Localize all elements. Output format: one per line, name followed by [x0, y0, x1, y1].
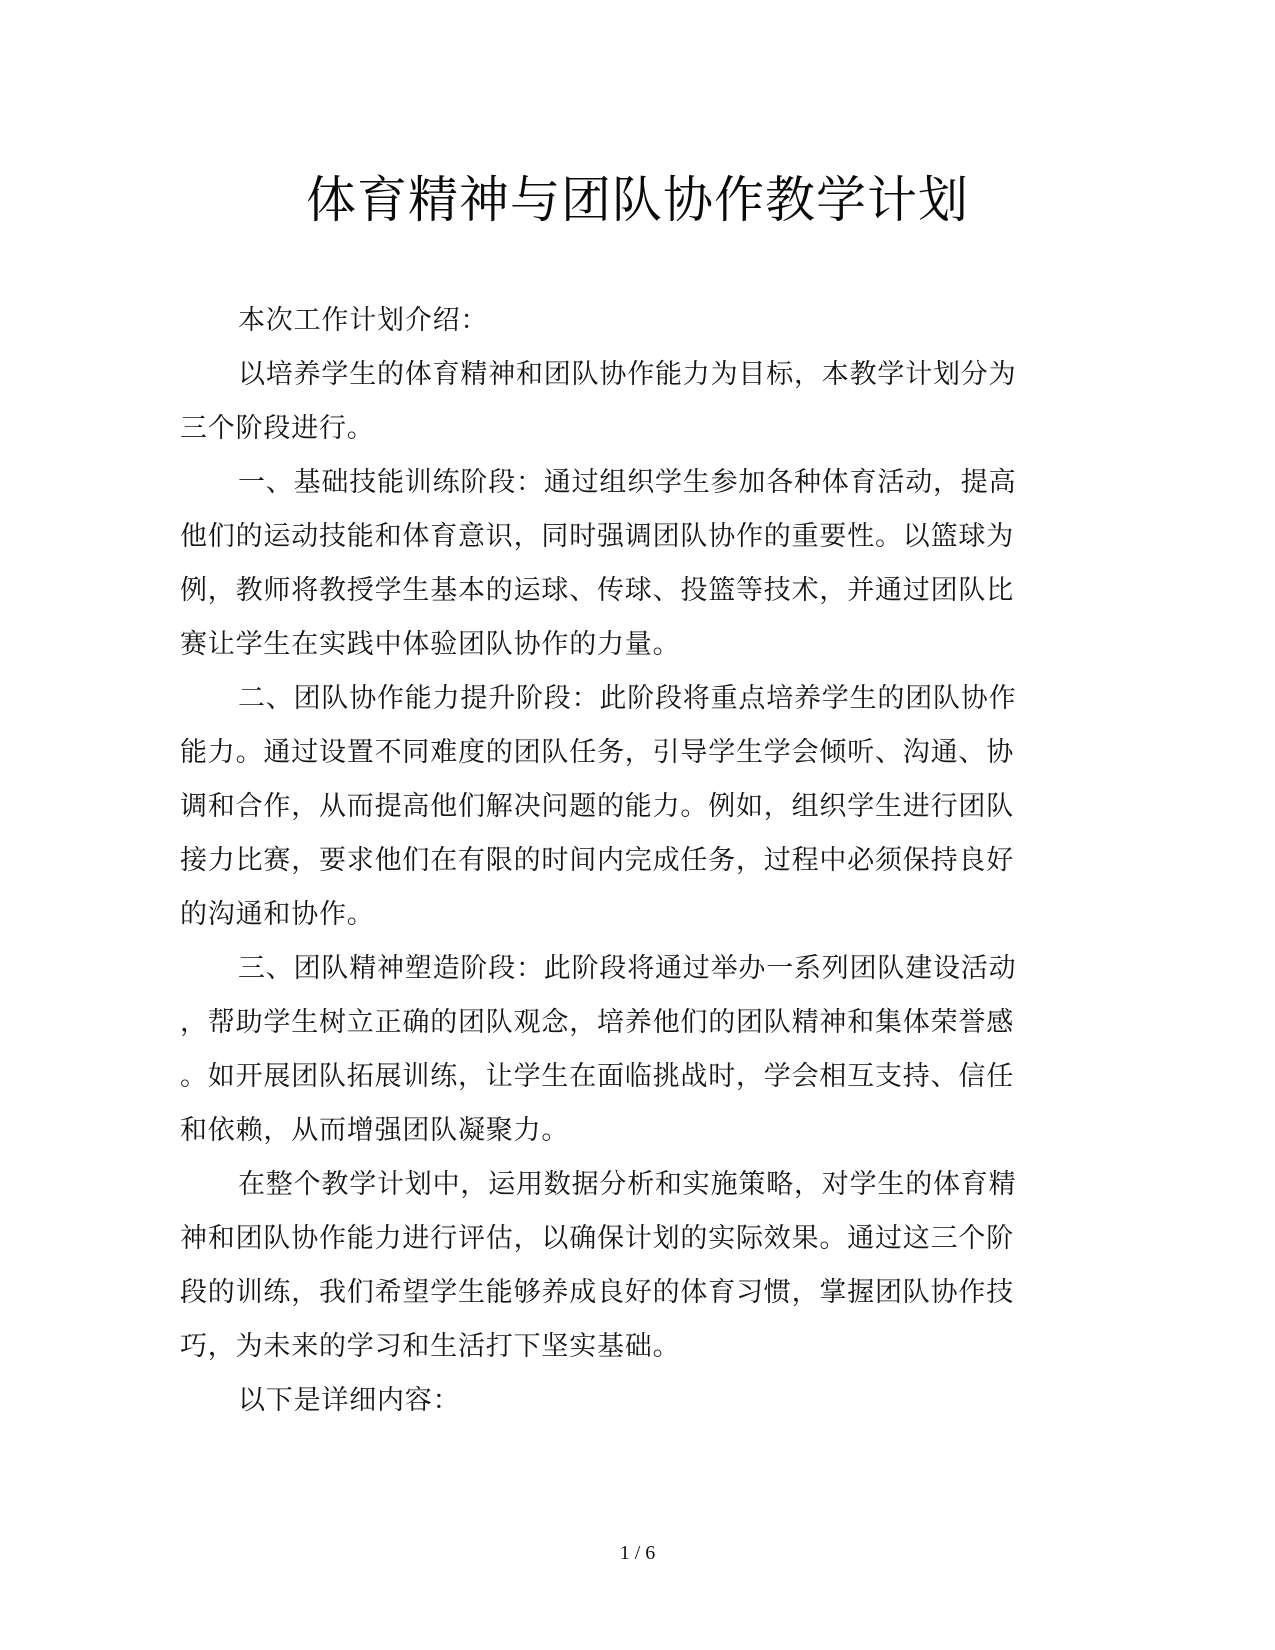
paragraph-line: 调和合作，从而提高他们解决问题的能力。例如，组织学生进行团队	[180, 780, 1020, 834]
paragraph-line: ，帮助学生树立正确的团队观念，培养他们的团队精神和集体荣誉感	[180, 996, 1020, 1050]
paragraph-line: 赛让学生在实践中体验团队协作的力量。	[180, 618, 1020, 672]
document-body: 本次工作计划介绍： 以培养学生的体育精神和团队协作能力为目标，本教学计划分为 三…	[180, 294, 1020, 1428]
paragraph-line: 巧，为未来的学习和生活打下坚实基础。	[180, 1320, 1020, 1374]
paragraph-line: 的沟通和协作。	[180, 888, 1020, 942]
paragraph-line: 段的训练，我们希望学生能够养成良好的体育习惯，掌握团队协作技	[180, 1266, 1020, 1320]
paragraph-line: 以下是详细内容：	[180, 1374, 1020, 1428]
paragraph-line: 和依赖，从而增强团队凝聚力。	[180, 1104, 1020, 1158]
paragraph-line: 一、基础技能训练阶段：通过组织学生参加各种体育活动，提高	[180, 456, 1020, 510]
paragraph-line: 在整个教学计划中，运用数据分析和实施策略，对学生的体育精	[180, 1158, 1020, 1212]
paragraph-line: 三个阶段进行。	[180, 402, 1020, 456]
paragraph-line: 神和团队协作能力进行评估，以确保计划的实际效果。通过这三个阶	[180, 1212, 1020, 1266]
document-page: 体育精神与团队协作教学计划 本次工作计划介绍： 以培养学生的体育精神和团队协作能…	[0, 0, 1275, 1650]
document-title: 体育精神与团队协作教学计划	[0, 168, 1275, 232]
paragraph-line: 本次工作计划介绍：	[180, 294, 1020, 348]
paragraph-line: 。如开展团队拓展训练，让学生在面临挑战时，学会相互支持、信任	[180, 1050, 1020, 1104]
paragraph-line: 三、团队精神塑造阶段：此阶段将通过举办一系列团队建设活动	[180, 942, 1020, 996]
paragraph-line: 他们的运动技能和体育意识，同时强调团队协作的重要性。以篮球为	[180, 510, 1020, 564]
paragraph-line: 例，教师将教授学生基本的运球、传球、投篮等技术，并通过团队比	[180, 564, 1020, 618]
paragraph-line: 二、团队协作能力提升阶段：此阶段将重点培养学生的团队协作	[180, 672, 1020, 726]
paragraph-line: 能力。通过设置不同难度的团队任务，引导学生学会倾听、沟通、协	[180, 726, 1020, 780]
paragraph-line: 以培养学生的体育精神和团队协作能力为目标，本教学计划分为	[180, 348, 1020, 402]
page-number: 1 / 6	[0, 1538, 1275, 1568]
paragraph-line: 接力比赛，要求他们在有限的时间内完成任务，过程中必须保持良好	[180, 834, 1020, 888]
